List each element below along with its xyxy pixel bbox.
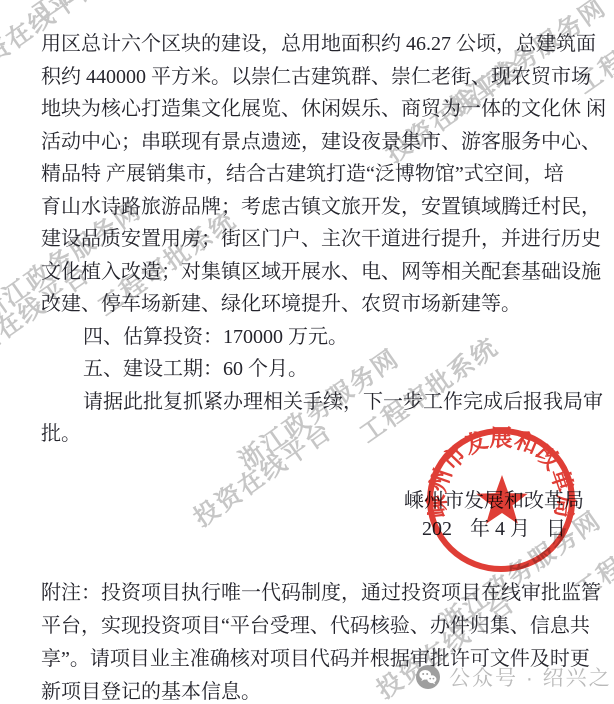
official-seal: 嵊州市发展和改革局 xyxy=(414,415,588,587)
body-line: 建设品质安置用房；街区门户、主次干道进行提升，并进行历史 xyxy=(41,223,575,256)
footer: 公众号 · 绍兴之门 xyxy=(415,662,614,692)
note-line: 平台，实现投资项目“平台受理、代码核验、办件归集、信息共 xyxy=(41,610,581,643)
body-line: 积约 440000 平方米。以崇仁古建筑群、崇仁老街、现农贸市场 xyxy=(41,61,575,94)
wechat-icon xyxy=(415,664,441,690)
body-line: 文化植入改造；对集镇区域开展水、电、网等相关配套基础设施 xyxy=(41,256,575,289)
body-line: 精品特 产展销集市，结合古建筑打造“泛博物馆”式空间，培 xyxy=(41,158,575,191)
body-line: 用区总计六个区块的建设，总用地面积约 46.27 公顷，总建筑面 xyxy=(41,28,575,61)
body-line: 活动中心；串联现有景点遗迹，建设夜景集市、游客服务中心、 xyxy=(41,126,575,159)
wechat-account-label: 公众号 · 绍兴之门 xyxy=(449,662,614,692)
body-line: 地块为核心打造集文化展览、休闲娱乐、商贸为一体的文化休 闲 xyxy=(41,93,575,126)
star-icon xyxy=(476,475,527,524)
body-line: 改建、停车场新建、绿化环境提升、农贸市场新建等。 xyxy=(41,288,575,321)
body-line: 请据此批复抓紧办理相关手续，下一步工作完成后报我局审 xyxy=(41,386,575,419)
body-line: 五、建设工期：60 个月。 xyxy=(41,353,575,386)
body-text: 用区总计六个区块的建设，总用地面积约 46.27 公顷，总建筑面积约 44000… xyxy=(41,28,575,451)
watermark-text: 工程审批系统 xyxy=(23,0,176,29)
document-page: 投资在线平台工程审批系统浙江政务服务网投资在线平台工程审批系统浙江政务服务网工程… xyxy=(0,0,614,704)
body-line: 育山水诗路旅游品牌；考虑古镇文旅开发，安置镇域腾迁村民， xyxy=(41,191,575,224)
body-line: 四、估算投资：170000 万元。 xyxy=(41,321,575,354)
